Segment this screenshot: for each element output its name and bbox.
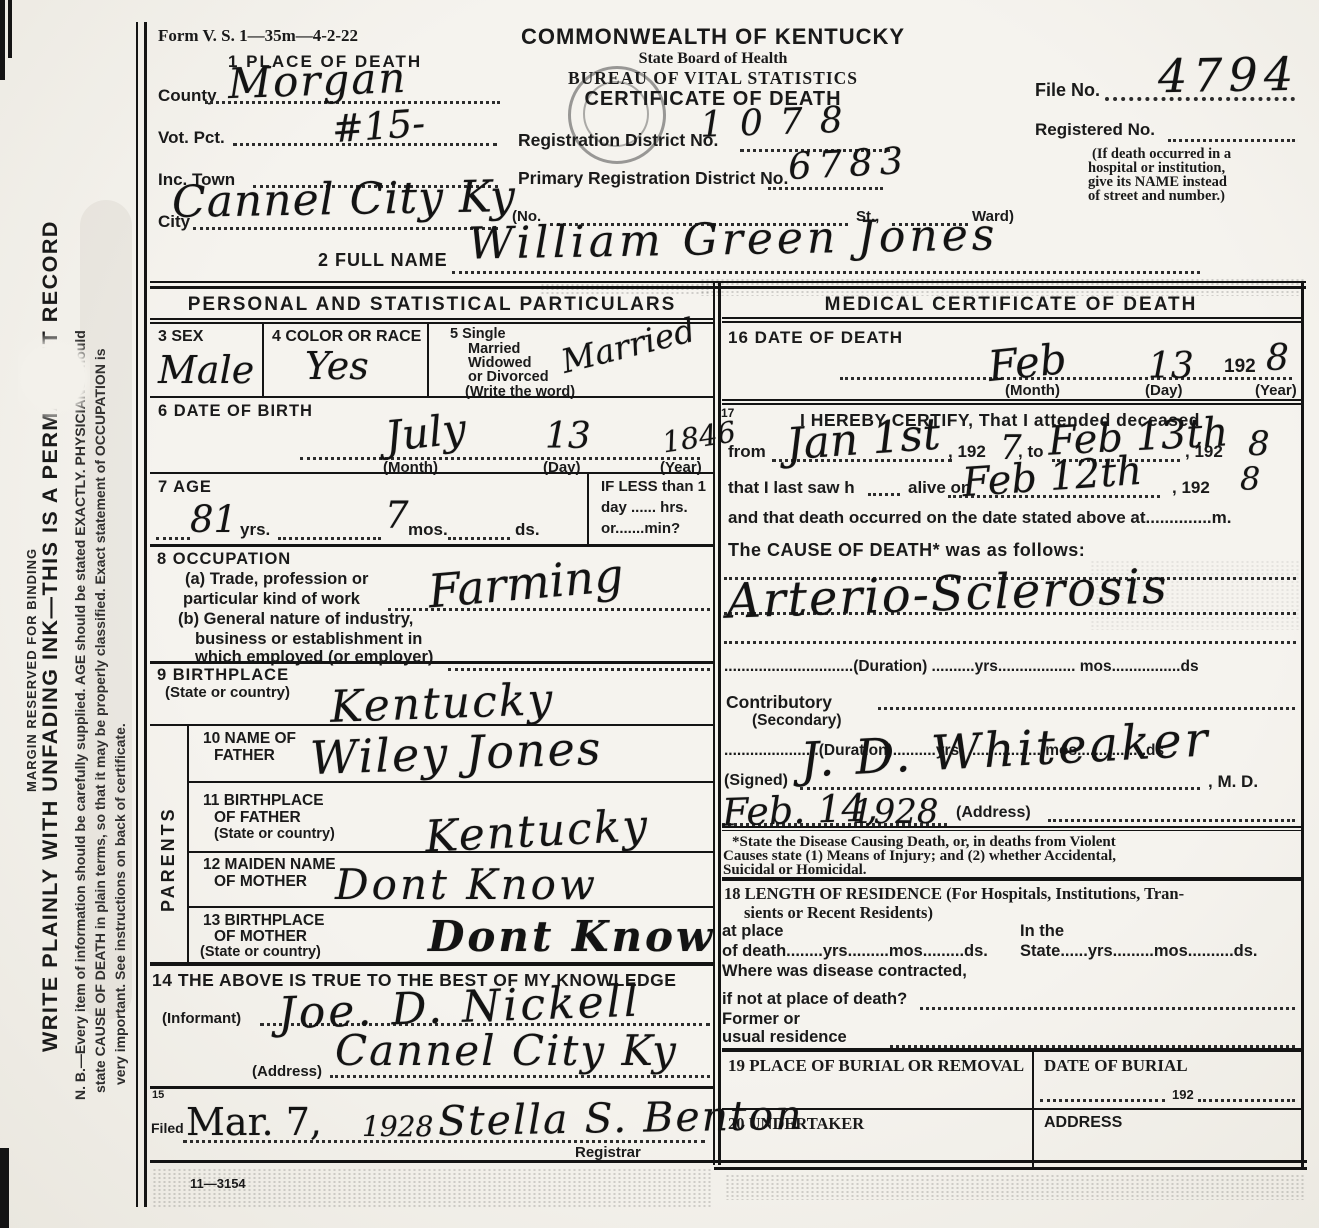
rule [150, 472, 713, 474]
father-bp-value: Kentucky [424, 800, 651, 863]
at-place-label: at place [722, 922, 783, 941]
file-no-value: 4794 [1158, 47, 1300, 103]
margin-binding-note: MARGIN RESERVED FOR BINDING [24, 548, 39, 792]
ds-label: ds. [515, 520, 540, 540]
father-name-value: Wiley Jones [309, 721, 603, 785]
residence-label: sients or Recent Residents) [744, 903, 933, 923]
signed-year-value: 1928 [852, 792, 939, 832]
rule [722, 321, 1301, 323]
scan-noise [152, 1168, 712, 1208]
burial-date-line [1198, 1072, 1295, 1102]
vot-pct-label: Vot. Pct. [158, 128, 225, 148]
contributory-label: Contributory [726, 692, 832, 713]
scan-smudge [18, 330, 90, 425]
sex-label: 3 SEX [158, 328, 203, 346]
full-name-label: 2 FULL NAME [318, 250, 448, 271]
scan-smudge [80, 200, 132, 1020]
age-months-value: 7 [385, 494, 409, 537]
occupation-line-label: particular kind of work [183, 590, 360, 609]
rule [722, 1108, 1301, 1110]
of-death-row: of death........yrs.........mos.........… [722, 942, 988, 961]
rule [150, 322, 713, 324]
rule [722, 317, 1301, 319]
informant-label: (Informant) [162, 1010, 241, 1027]
death-year-digit: 8 [1266, 338, 1289, 379]
registrar-signature: Stella S. Benton [438, 1091, 804, 1145]
informant-address-label: (Address) [252, 1063, 322, 1080]
last-saw-year-printed: , 192 [1172, 478, 1210, 498]
rule [722, 1048, 1301, 1052]
sex-value: Male [158, 348, 254, 392]
table-border [150, 1160, 1307, 1163]
signed-address-line [1048, 792, 1295, 822]
contributory-line [878, 680, 1295, 710]
table-border [1301, 281, 1304, 1169]
father-bp-label: (State or country) [214, 826, 335, 842]
in-the-label: In the [1020, 922, 1064, 941]
rule [722, 399, 1301, 401]
stamp-circle [583, 81, 649, 147]
cell-divider [587, 472, 589, 545]
reg-district-value: 1078 [699, 99, 860, 146]
age-label: 7 AGE [158, 478, 212, 497]
form-number: Form V. S. 1—35m—4-2-22 [158, 26, 358, 46]
burial-date-line [1040, 1072, 1165, 1102]
secondary-caption: (Secondary) [752, 712, 842, 730]
board-heading: State Board of Health [478, 50, 948, 68]
date-of-death-label: 16 DATE OF DEATH [728, 328, 903, 348]
binding-rule [144, 22, 147, 1207]
undertaker-address-label: ADDRESS [1044, 1114, 1122, 1132]
rule [187, 781, 713, 783]
race-value: Yes [305, 344, 369, 388]
rule [722, 403, 1301, 405]
yrs-label: yrs. [240, 520, 270, 540]
full-name-value: William Green Jones [468, 209, 999, 269]
burial-year-printed: 192 [1172, 1087, 1194, 1102]
filed-date-value: Mar. 7, [186, 1100, 322, 1144]
death-month-value: Feb [986, 334, 1069, 391]
if-less-note: IF LESS than 1 [601, 478, 706, 495]
last-saw-year-digit: 8 [1240, 460, 1260, 498]
primary-district-label: Primary Registration District No. [518, 168, 788, 189]
mos-label: mos. [408, 520, 448, 540]
dob-day-value: 13 [545, 416, 591, 457]
registered-no-label: Registered No. [1035, 120, 1155, 140]
year-caption: (Year) [1255, 382, 1297, 399]
father-bp-label: OF FATHER [214, 809, 301, 827]
to-year-digit: 8 [1248, 424, 1270, 464]
if-less-note: or.......min? [601, 520, 680, 537]
scan-noise [1090, 560, 1300, 630]
occupation-line-label: business or establishment in [195, 630, 422, 649]
scan-noise [700, 278, 1305, 296]
occupation-label: 8 OCCUPATION [157, 550, 291, 569]
scan-edge-mark [8, 0, 12, 58]
rule [150, 318, 713, 320]
rule [150, 544, 713, 547]
dob-label: 6 DATE OF BIRTH [158, 402, 313, 421]
informant-address-value: Cannel City Ky [335, 1026, 678, 1075]
hospital-note: of street and number.) [1088, 188, 1225, 205]
death-occurred-statement: and that death occurred on the date stat… [728, 508, 1231, 528]
signed-address-caption: (Address) [956, 804, 1031, 822]
rule [150, 661, 713, 664]
last-saw-prefix: that I last saw h [728, 478, 855, 498]
state-row: State......yrs.........mos..........ds. [1020, 942, 1258, 961]
burial-place-label: 19 PLACE OF BURIAL OR REMOVAL [728, 1056, 1024, 1076]
marital-value: Married [557, 310, 699, 381]
mother-bp-value: Dont Know [428, 912, 715, 961]
former-label: Former or [722, 1010, 800, 1029]
parents-cell-divider [187, 724, 189, 964]
md-label: , M. D. [1208, 772, 1258, 792]
birthplace-caption: (State or country) [165, 684, 290, 701]
scan-edge-mark [0, 1148, 9, 1228]
primary-district-value: 6783 [787, 139, 911, 188]
registrar-label: Registrar [575, 1144, 641, 1161]
dob-line [300, 430, 700, 460]
rule [150, 1086, 713, 1089]
age-line [278, 510, 381, 540]
last-saw-blank [868, 466, 900, 496]
scan-noise [725, 1174, 1305, 1200]
marital-label: or Divorced [468, 369, 549, 385]
scan-noise [540, 283, 710, 294]
mother-name-value: Dont Know [335, 860, 598, 909]
occupation-line [448, 642, 710, 671]
binding-rule [136, 22, 138, 1207]
table-border [714, 1167, 1307, 1170]
city-value: Cannel City Ky [172, 171, 517, 228]
usual-residence-label: usual residence [722, 1028, 847, 1047]
death-certificate-scan: MARGIN RESERVED FOR BINDING WRITE PLAINL… [0, 0, 1319, 1228]
dob-year-value: 1846 [660, 414, 738, 459]
rule [150, 396, 713, 398]
mother-name-label: 12 MAIDEN NAME [203, 856, 336, 874]
dob-month-value: July [383, 404, 469, 461]
age-line [156, 510, 190, 540]
vot-pct-value: #15- [331, 101, 427, 151]
filed-year-value: 1928 [362, 1110, 433, 1143]
mother-name-label: OF MOTHER [214, 873, 307, 891]
filed-item-number: 15 [152, 1089, 164, 1101]
registered-no-line [1168, 110, 1295, 142]
attended-from-value: Jan 1st [784, 409, 942, 471]
commonwealth-heading: COMMONWEALTH OF KENTUCKY [478, 24, 948, 50]
cell-divider [427, 322, 429, 397]
age-line [448, 510, 510, 540]
duration-row: ..............................(Duration)… [724, 658, 1199, 676]
father-name-label: 10 NAME OF [203, 730, 296, 748]
if-not-label: if not at place of death? [722, 990, 907, 1009]
bureau-heading: BUREAU OF VITAL STATISTICS [478, 68, 948, 89]
occupation-line-label: (a) Trade, profession or [185, 570, 368, 589]
signed-label: (Signed) [724, 772, 788, 790]
occupation-line-label: which employed (or employer) [195, 648, 433, 667]
cell-divider [262, 322, 264, 397]
county-value: Morgan [227, 53, 408, 108]
parents-label: PARENTS [158, 806, 179, 912]
death-day-value: 13 [1148, 346, 1194, 387]
column-divider [718, 281, 721, 1165]
rule [150, 962, 713, 966]
column-divider [713, 281, 715, 1165]
medical-section-header: MEDICAL CERTIFICATE OF DEATH [725, 294, 1297, 316]
residence-label: 18 LENGTH OF RESIDENCE (For Hospitals, I… [724, 884, 1184, 904]
if-less-note: day ...... hrs. [601, 499, 688, 516]
age-years-value: 81 [190, 498, 237, 541]
father-bp-label: 11 BIRTHPLACE [203, 792, 324, 810]
occupation-line-label: (b) General nature of industry, [178, 610, 413, 629]
mother-bp-label: (State or country) [200, 944, 321, 960]
contracted-label: Where was disease contracted, [722, 962, 967, 981]
if-not-line [920, 980, 1295, 1010]
father-name-label: FATHER [214, 747, 275, 765]
scan-edge-mark [0, 0, 5, 80]
rule [722, 877, 1301, 881]
personal-section-header: PERSONAL AND STATISTICAL PARTICULARS [152, 294, 712, 316]
usual-residence-line [890, 1018, 1295, 1048]
file-no-label: File No. [1035, 80, 1100, 101]
filed-label: Filed [151, 1120, 184, 1136]
birthplace-label: 9 BIRTHPLACE [157, 666, 289, 685]
marital-label: 5 Single [450, 326, 506, 342]
